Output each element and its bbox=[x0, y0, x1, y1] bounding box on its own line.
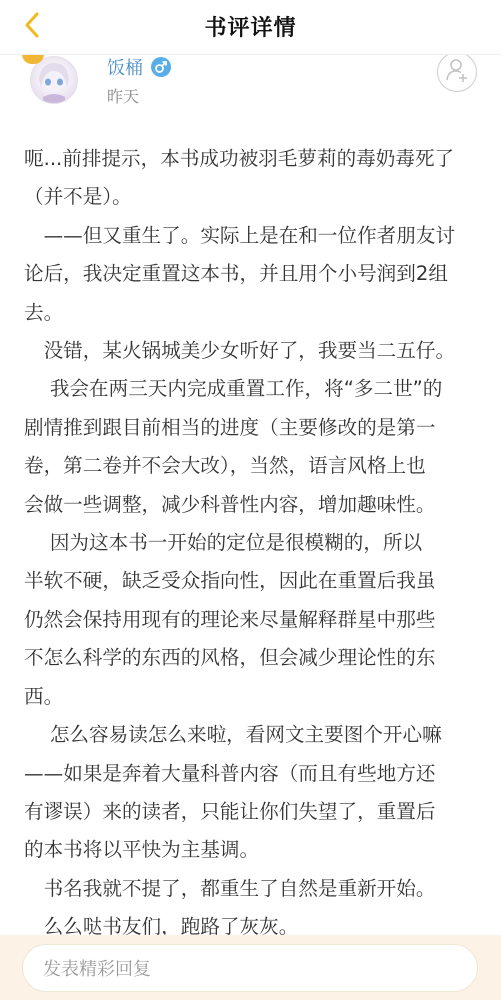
review-line: 书名我就不提了，都重生了自然是重新开始。 bbox=[24, 870, 478, 908]
review-line: 去。 bbox=[24, 294, 478, 332]
post-time: 昨天 bbox=[107, 84, 139, 107]
reply-input[interactable]: 发表精彩回复 bbox=[22, 944, 478, 992]
review-line: 因为这本书一开始的定位是很模糊的，所以 bbox=[24, 524, 478, 562]
reply-bar: 发表精彩回复 bbox=[0, 935, 501, 1000]
male-icon bbox=[151, 57, 171, 77]
review-line: 有谬误）来的读者，只能让你们失望了，重置后 bbox=[24, 793, 478, 831]
review-line: ——如果是奔着大量科普内容（而且有些地方还 bbox=[24, 755, 478, 793]
review-line: 剧情推到跟目前相当的进度（主要修改的是第一 bbox=[24, 409, 478, 447]
review-line: ——但又重生了。实际上是在和一位作者朋友讨 bbox=[24, 217, 478, 255]
avatar-image bbox=[31, 57, 77, 103]
review-line: 会做一些调整，减少科普性内容，增加趣味性。 bbox=[24, 486, 478, 524]
author-name-text: 饭桶 bbox=[107, 54, 143, 80]
add-user-icon bbox=[444, 57, 470, 87]
follow-button[interactable] bbox=[437, 54, 477, 92]
review-line: 的本书将以平快为主基调。 bbox=[24, 831, 478, 869]
review-line: 没错，某火锅城美少女听好了，我要当二五仔。 bbox=[24, 332, 478, 370]
review-detail-screen: 书评详情 饭桶 昨天 bbox=[0, 0, 501, 1000]
review-line: 怎么容易读怎么来啦，看网文主要图个开心嘛 bbox=[24, 716, 478, 754]
page-title: 书评详情 bbox=[0, 11, 501, 42]
review-body: 呃...前排提示，本书成功被羽毛萝莉的毒奶毒死了 （并不是）。 ——但又重生了。… bbox=[24, 140, 478, 947]
review-line: 呃...前排提示，本书成功被羽毛萝莉的毒奶毒死了 bbox=[24, 140, 478, 178]
author-info: 饭桶 昨天 bbox=[0, 54, 501, 118]
author-name[interactable]: 饭桶 bbox=[107, 54, 171, 80]
reply-placeholder: 发表精彩回复 bbox=[43, 955, 151, 981]
review-line: （并不是）。 bbox=[24, 178, 478, 216]
review-line: 不怎么科学的东西的风格，但会减少理论性的东 bbox=[24, 639, 478, 677]
review-line: 我会在两三天内完成重置工作，将“多二世”的 bbox=[24, 370, 478, 408]
review-line: 仍然会保持用现有的理论来尽量解释群星中那些 bbox=[24, 601, 478, 639]
review-line: 卷，第二卷并不会大改），当然，语言风格上也 bbox=[24, 447, 478, 485]
top-nav-bar: 书评详情 bbox=[0, 0, 501, 55]
review-line: 论后，我决定重置这本书，并且用个小号润到2组 bbox=[24, 255, 478, 293]
review-line: 半软不硬，缺乏受众指向性，因此在重置后我虽 bbox=[24, 562, 478, 600]
review-line: 西。 bbox=[24, 678, 478, 716]
